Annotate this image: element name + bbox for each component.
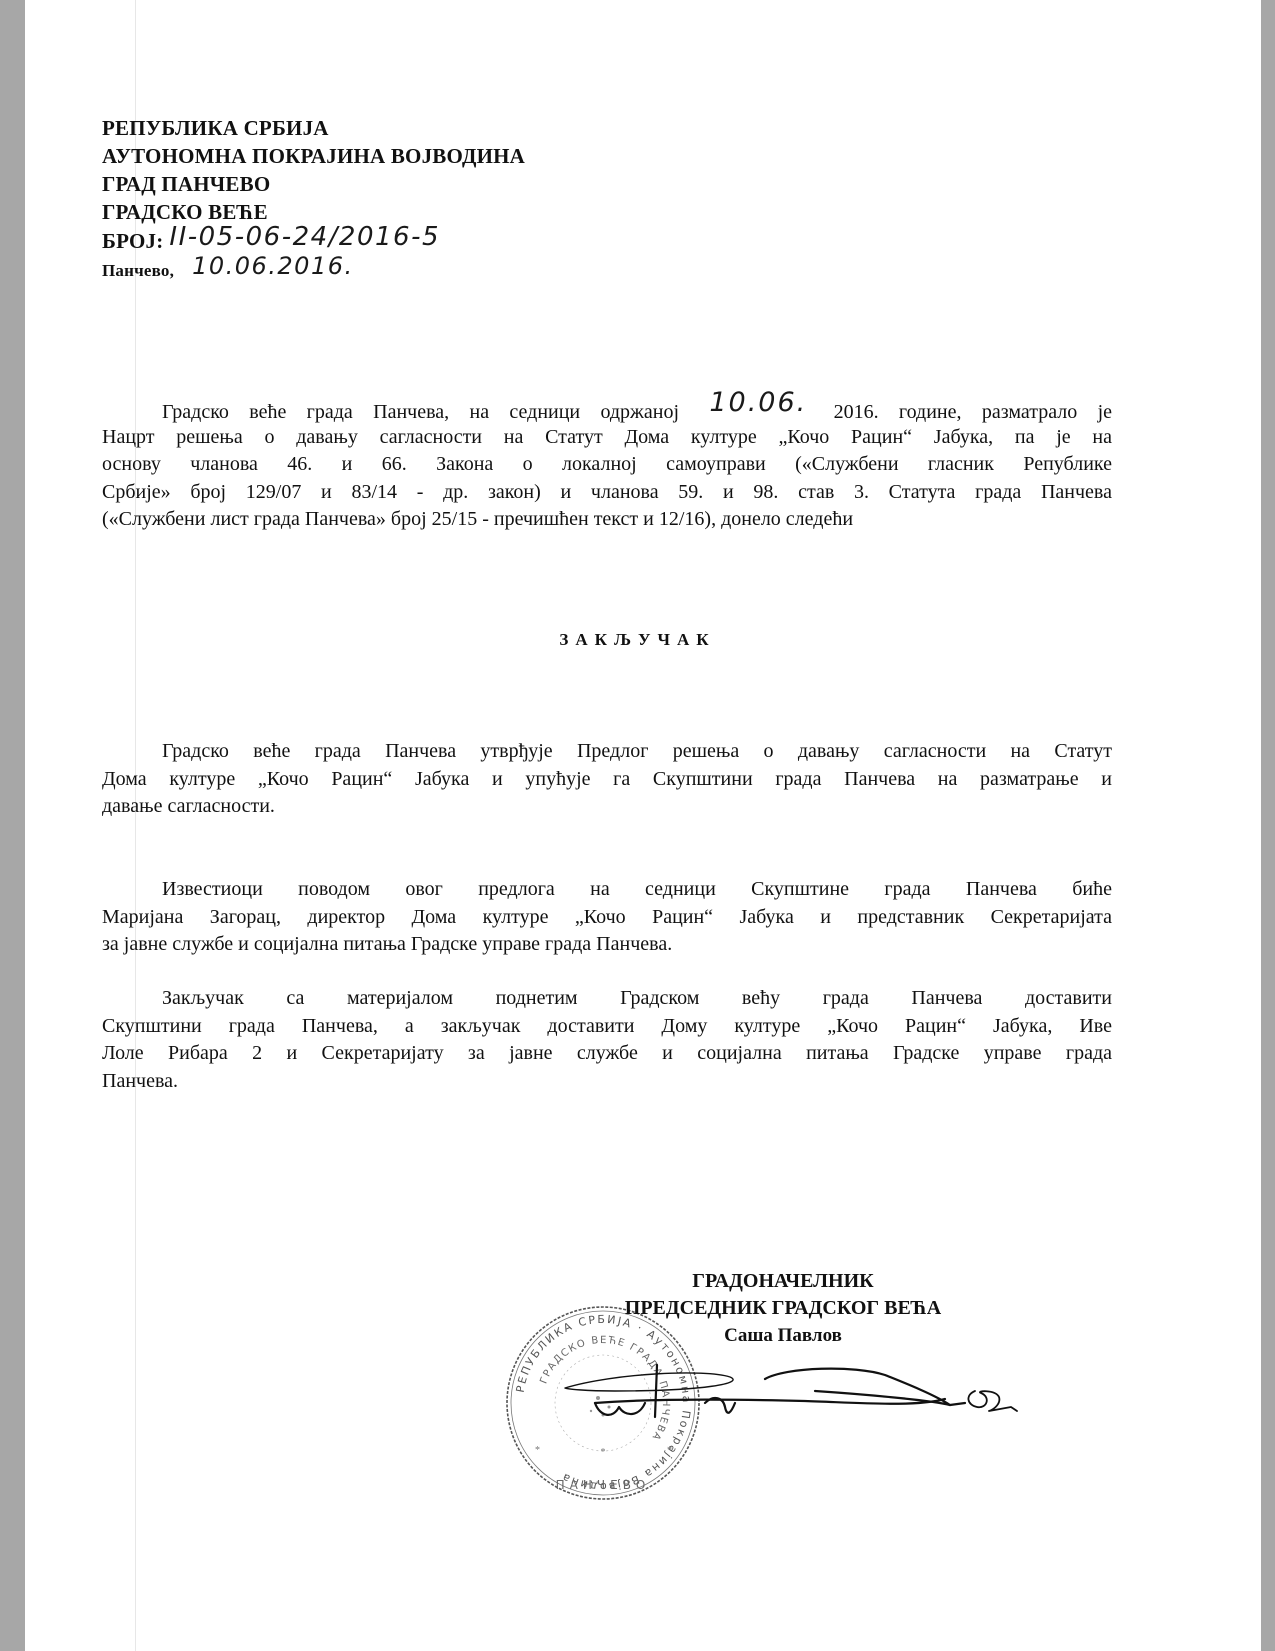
paragraph-line: Скупштини града Панчева, а закључак дост… [102, 1013, 1112, 1041]
signatory-title-mayor: ГРАДОНАЧЕЛНИК [548, 1268, 1018, 1295]
intro-text-after-date: 2016. године, разматрало је [834, 401, 1112, 423]
signatory-name: Саша Павлов [548, 1322, 1018, 1349]
intro-paragraph: Градско веће града Панчева, на седници о… [102, 396, 1112, 534]
handwritten-signature-icon [555, 1355, 1035, 1435]
paragraph-line: Закључак са материјалом поднетим Градско… [102, 985, 1112, 1013]
intro-text-before-date: Градско веће града Панчева, на седници о… [162, 401, 679, 423]
signatory-title-president: ПРЕДСЕДНИК ГРАДСКОГ ВЕЋА [548, 1295, 1018, 1322]
intro-line: Градско веће града Панчева, на седници о… [102, 396, 1112, 424]
intro-line: Нацрт решења о давању сагласности на Ста… [102, 424, 1112, 452]
intro-line: Србије» број 129/07 и 83/14 - др. закон)… [102, 479, 1112, 507]
reference-number-row: БРОЈ:II-05-06-24/2016-5 [102, 226, 525, 254]
svg-text:*: * [667, 1445, 672, 1456]
conclusion-paragraph-3: Закључак са материјалом поднетим Градско… [102, 985, 1112, 1095]
letterhead-city: ГРАД ПАНЧЕВО [102, 170, 525, 198]
place-label: Панчево, [102, 261, 174, 280]
conclusion-paragraph-1: Градско веће града Панчева утврђује Пред… [102, 738, 1112, 821]
paragraph-line: за јавне службе и социјална питања Градс… [102, 931, 1112, 959]
paragraph-line: Лоле Рибара 2 и Секретаријату за јавне с… [102, 1040, 1112, 1068]
conclusion-paragraph-2: Известиоци поводом овог предлога на седн… [102, 876, 1112, 959]
paragraph-line: Маријана Загорац, директор Дома културе … [102, 904, 1112, 932]
date-handwritten: 10.06.2016. [192, 252, 354, 280]
letterhead-province: АУТОНОМНА ПОКРАЈИНА ВОЈВОДИНА [102, 142, 525, 170]
stamp-bottom-text: ПАНЧЕВО [556, 1478, 651, 1492]
signature-block: ГРАДОНАЧЕЛНИК ПРЕДСЕДНИК ГРАДСКОГ ВЕЋА С… [548, 1268, 1018, 1349]
letterhead-country: РЕПУБЛИКА СРБИЈА [102, 114, 525, 142]
session-date-handwritten: 10.06. [709, 387, 807, 418]
paragraph-line: Панчева. [102, 1068, 1112, 1096]
intro-line: основу чланова 46. и 66. Закона о локалн… [102, 451, 1112, 479]
reference-number-handwritten: II-05-06-24/2016-5 [169, 222, 440, 252]
paragraph-line: Градско веће града Панчева утврђује Пред… [102, 738, 1112, 766]
paragraph-line: Дома културе „Кочо Рацин“ Јабука и упућу… [102, 766, 1112, 794]
paragraph-line: давање сагласности. [102, 793, 1112, 821]
letterhead: РЕПУБЛИКА СРБИЈА АУТОНОМНА ПОКРАЈИНА ВОЈ… [102, 114, 525, 282]
svg-text:*: * [601, 1447, 606, 1458]
document-heading: ЗАКЉУЧАК [0, 630, 1275, 650]
svg-text:*: * [535, 1445, 540, 1456]
paragraph-line: Известиоци поводом овог предлога на седн… [102, 876, 1112, 904]
intro-line: («Службени лист града Панчева» број 25/1… [102, 506, 1112, 534]
place-date-row: Панчево,10.06.2016. [102, 254, 525, 282]
reference-number-label: БРОЈ: [102, 229, 163, 253]
